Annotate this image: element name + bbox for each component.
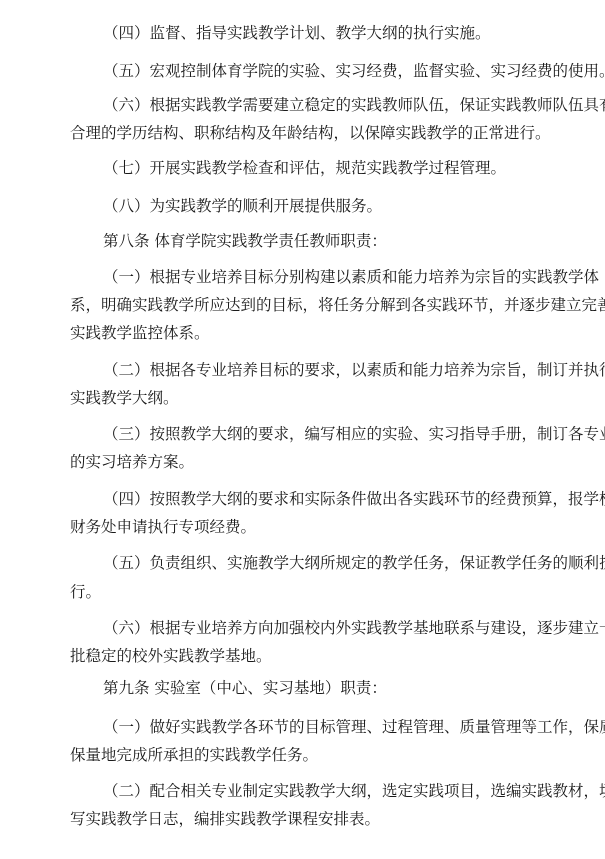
paragraph-line: （一）做好实践教学各环节的目标管理、过程管理、质量管理等工作，保质 <box>103 716 554 738</box>
paragraph-line: （六）根据专业培养方向加强校内外实践教学基地联系与建设，逐步建立一 <box>103 617 554 639</box>
paragraph-line: 财务处申请执行专项经费。 <box>70 516 554 538</box>
paragraph-line: 保量地完成所承担的实践教学任务。 <box>70 744 554 766</box>
paragraph-line: 批稳定的校外实践教学基地。 <box>70 645 554 667</box>
paragraph-line: 实践教学监控体系。 <box>70 322 554 344</box>
paragraph-line: 实践教学大纲。 <box>70 387 554 409</box>
paragraph-line: 写实践教学日志，编排实践教学课程安排表。 <box>70 808 554 830</box>
article-heading: 第九条 实验室（中心、实习基地）职责： <box>103 677 554 699</box>
paragraph-line: （三）按照教学大纲的要求，编写相应的实验、实习指导手册，制订各专业 <box>103 423 554 445</box>
paragraph-line: （八）为实践教学的顺利开展提供服务。 <box>103 195 554 217</box>
article-heading: 第八条 体育学院实践教学责任教师职责： <box>103 230 554 252</box>
paragraph-line: （七）开展实践教学检查和评估，规范实践教学过程管理。 <box>103 157 554 179</box>
paragraph-line: （四）按照教学大纲的要求和实际条件做出各实践环节的经费预算，报学校 <box>103 488 554 510</box>
paragraph-line: 的实习培养方案。 <box>70 451 554 473</box>
paragraph-line: （二）根据各专业培养目标的要求，以素质和能力培养为宗旨，制订并执行 <box>103 359 554 381</box>
paragraph-line: （六）根据实践教学需要建立稳定的实践教师队伍，保证实践教师队伍具有 <box>103 94 554 116</box>
document-page: （四）监督、指导实践教学计划、教学大纲的执行实施。 （五）宏观控制体育学院的实验… <box>0 0 605 859</box>
paragraph-line: 系，明确实践教学所应达到的目标，将任务分解到各实践环节，并逐步建立完善 <box>70 294 554 316</box>
paragraph-line: （一）根据专业培养目标分别构建以素质和能力培养为宗旨的实践教学体 <box>103 266 554 288</box>
paragraph-line: （二）配合相关专业制定实践教学大纲，选定实践项目，选编实践教材，填 <box>103 780 554 802</box>
paragraph-line: （四）监督、指导实践教学计划、教学大纲的执行实施。 <box>103 22 554 44</box>
paragraph-line: （五）负责组织、实施教学大纲所规定的教学任务，保证教学任务的顺利执 <box>103 552 554 574</box>
paragraph-line: （五）宏观控制体育学院的实验、实习经费，监督实验、实习经费的使用。 <box>103 60 554 82</box>
paragraph-line: 合理的学历结构、职称结构及年龄结构，以保障实践教学的正常进行。 <box>70 122 554 144</box>
paragraph-line: 行。 <box>70 581 554 603</box>
